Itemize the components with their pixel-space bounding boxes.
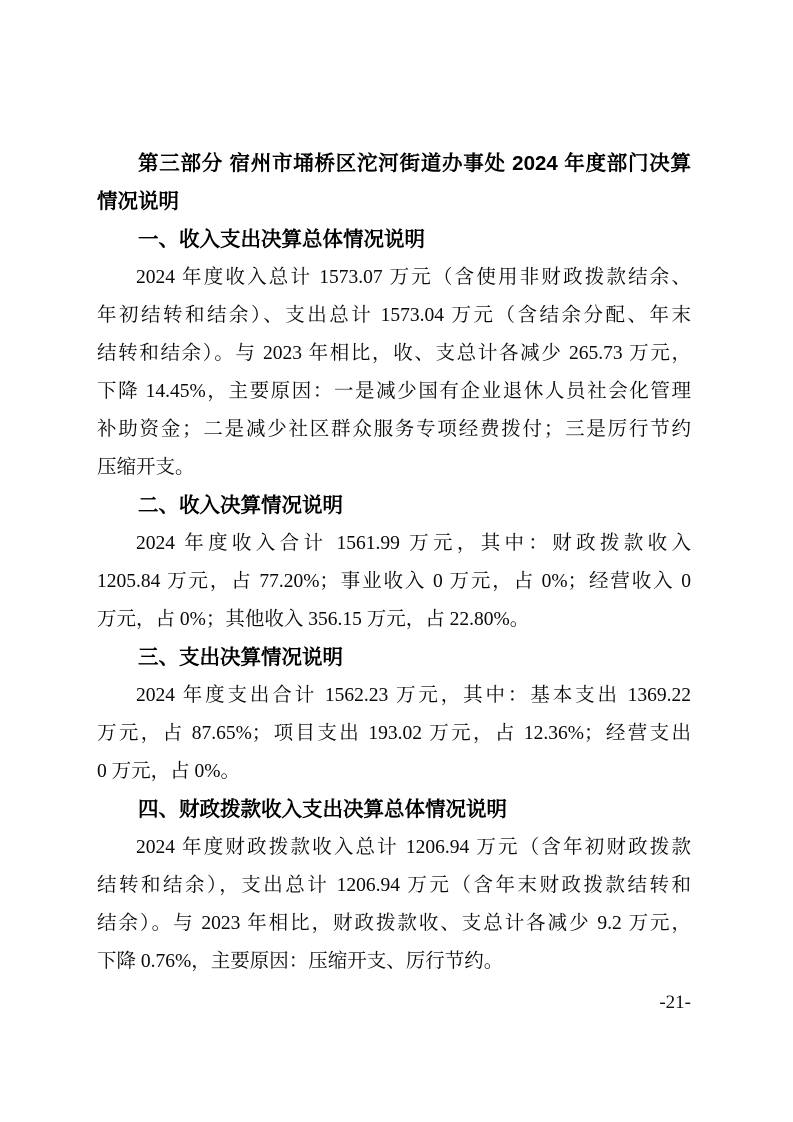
section-2-paragraph-line: 1205.84 万元，占 77.20%；事业收入 0 万元，占 0%；经营收入 …: [97, 563, 691, 601]
section-4-heading: 四、财政拨款收入支出决算总体情况说明: [97, 791, 691, 829]
document-title-line-1: 第三部分 宿州市埇桥区沱河街道办事处 2024 年度部门决算: [97, 145, 691, 183]
document-title-line-2: 情况说明: [97, 183, 691, 221]
section-1-paragraph-line: 2024 年度收入总计 1573.07 万元（含使用非财政拨款结余、: [97, 259, 691, 297]
section-4-paragraph-line: 下降 0.76%，主要原因：压缩开支、厉行节约。: [97, 943, 691, 981]
section-1-paragraph-line: 下降 14.45%，主要原因：一是减少国有企业退休人员社会化管理: [97, 373, 691, 411]
document-page: 第三部分 宿州市埇桥区沱河街道办事处 2024 年度部门决算 情况说明 一、收入…: [0, 0, 793, 1122]
section-4-paragraph-line: 结转和结余），支出总计 1206.94 万元（含年末财政拨款结转和: [97, 867, 691, 905]
section-1-paragraph-line: 压缩开支。: [97, 449, 691, 487]
section-4-paragraph-line: 结余）。与 2023 年相比，财政拨款收、支总计各减少 9.2 万元，: [97, 905, 691, 943]
document-content: 第三部分 宿州市埇桥区沱河街道办事处 2024 年度部门决算 情况说明 一、收入…: [97, 145, 691, 981]
section-1-heading: 一、收入支出决算总体情况说明: [97, 221, 691, 259]
section-3-heading: 三、支出决算情况说明: [97, 639, 691, 677]
section-3-paragraph-line: 0 万元，占 0%。: [97, 753, 691, 791]
section-1-paragraph-line: 补助资金；二是减少社区群众服务专项经费拨付；三是厉行节约: [97, 411, 691, 449]
section-1-paragraph-line: 年初结转和结余）、支出总计 1573.04 万元（含结余分配、年末: [97, 297, 691, 335]
section-2-paragraph-line: 2024 年度收入合计 1561.99 万元，其中：财政拨款收入: [97, 525, 691, 563]
section-1-paragraph-line: 结转和结余）。与 2023 年相比，收、支总计各减少 265.73 万元，: [97, 335, 691, 373]
page-number: -21-: [97, 984, 691, 1022]
section-3-paragraph-line: 2024 年度支出合计 1562.23 万元，其中：基本支出 1369.22: [97, 677, 691, 715]
section-4-paragraph-line: 2024 年度财政拨款收入总计 1206.94 万元（含年初财政拨款: [97, 829, 691, 867]
section-2-heading: 二、收入决算情况说明: [97, 487, 691, 525]
section-2-paragraph-line: 万元，占 0%；其他收入 356.15 万元，占 22.80%。: [97, 601, 691, 639]
section-3-paragraph-line: 万元，占 87.65%；项目支出 193.02 万元，占 12.36%；经营支出: [97, 715, 691, 753]
